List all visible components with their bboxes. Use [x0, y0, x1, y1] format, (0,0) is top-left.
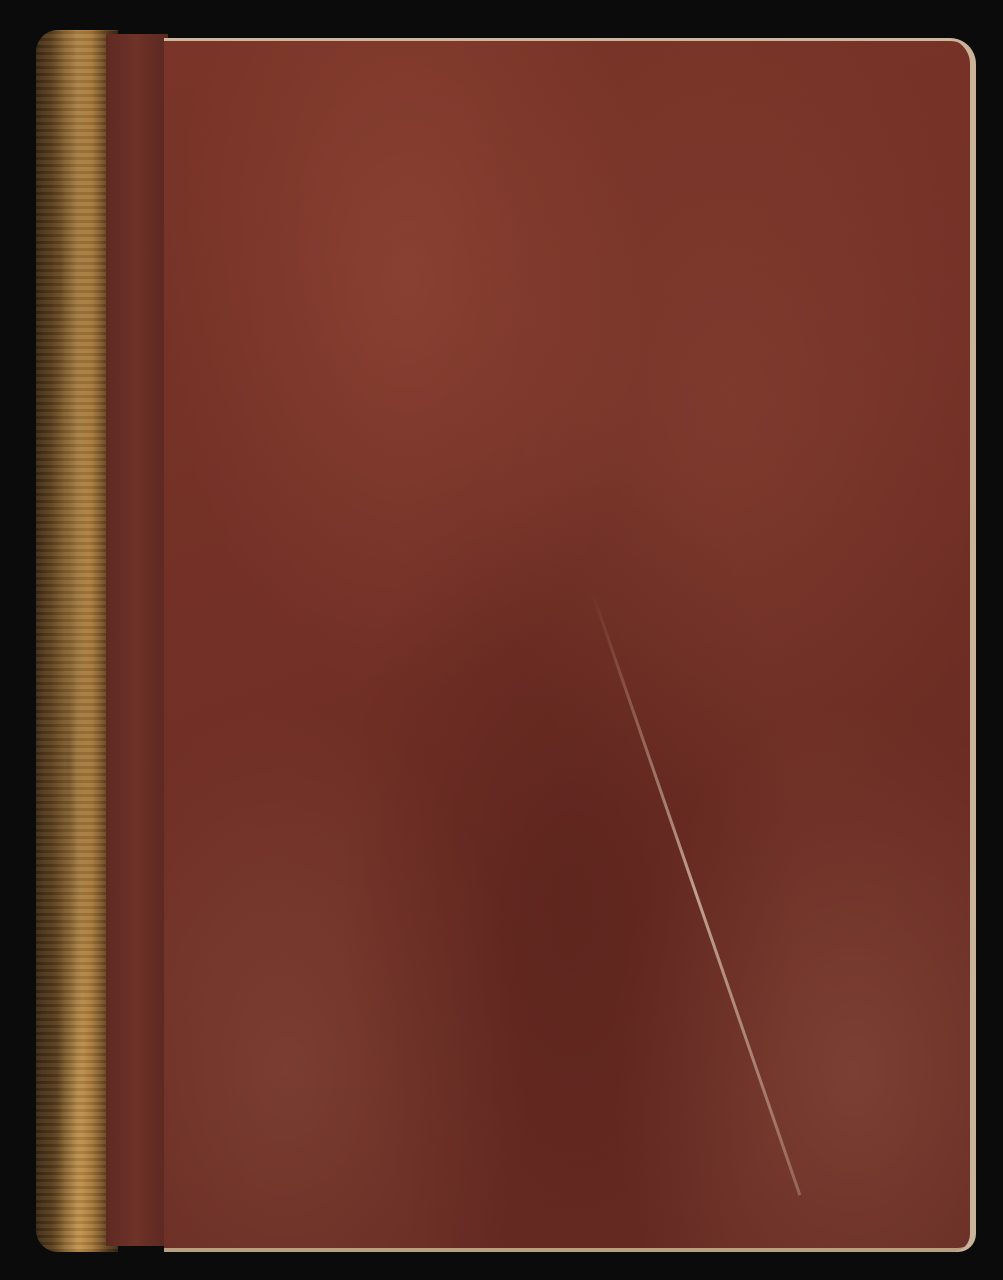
book — [36, 30, 976, 1252]
front-cover — [164, 38, 976, 1252]
spine-leather-strip — [106, 34, 168, 1246]
